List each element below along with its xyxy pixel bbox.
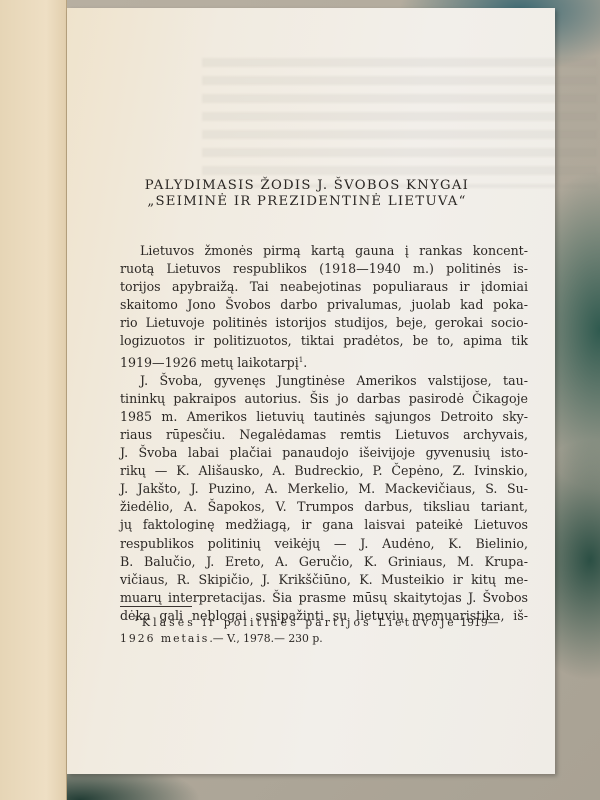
text-line: J. Jakšto, J. Puzino, A. Merkelio, M. Ma… bbox=[120, 480, 528, 498]
text-line: B. Balučio, J. Ereto, A. Geručio, K. Gri… bbox=[120, 553, 528, 571]
text-line: torijos apybraižą. Tai neabejotinas popu… bbox=[120, 278, 528, 296]
heading-line-2: „SEIMINĖ IR PREZIDENTINĖ LIETUVA“ bbox=[0, 194, 600, 210]
text-line: respublikos politinių veikėjų — J. Audėn… bbox=[120, 535, 528, 553]
footnote-divider bbox=[120, 606, 192, 607]
text-line: rikų — K. Ališausko, A. Budreckio, P. Če… bbox=[120, 462, 528, 480]
text-line: J. Švoba labai plačiai panaudojo išeivij… bbox=[120, 444, 528, 462]
text-line: žiedėlio, A. Šapokos, V. Trumpos darbus,… bbox=[120, 498, 528, 516]
text-line: rio Lietuvoje politinės istorijos studij… bbox=[120, 314, 528, 332]
text-fragment: 1919—1926 metų laikotarpį bbox=[120, 355, 299, 370]
left-page-edge bbox=[0, 0, 67, 800]
text-line: riaus rūpesčiu. Negalėdamas remtis Lietu… bbox=[120, 426, 528, 444]
text-line: 1919—1926 metų laikotarpį1. bbox=[120, 351, 528, 372]
footnote-line-2: 1926 metais.— V., 1978.— 230 p. bbox=[120, 631, 528, 647]
text-line: jų faktologinę medžiagą, ir gana laisvai… bbox=[120, 516, 528, 534]
chapter-heading: PALYDIMASIS ŽODIS J. ŠVOBOS KNYGAI „SEIM… bbox=[0, 178, 600, 210]
text-line: skaitomo Jono Švobos darbo privalumas, j… bbox=[120, 296, 528, 314]
text-line: ruotą Lietuvos respublikos (1918—1940 m.… bbox=[120, 260, 528, 278]
footnote-line-1: 1 Klasės ir politinės partijos Lietuvoje… bbox=[120, 611, 528, 631]
footnote-marker: 1 bbox=[134, 615, 138, 623]
text-line: muarų interpretacijas. Šia prasme mūsų s… bbox=[120, 589, 528, 607]
text-line: 1985 m. Amerikos lietuvių tautinės sąjun… bbox=[120, 408, 528, 426]
text-line: tininkų pakraipos autorius. Šis jo darba… bbox=[120, 390, 528, 408]
text-line: Lietuvos žmonės pirmą kartą gauna į rank… bbox=[120, 242, 528, 260]
heading-line-1: PALYDIMASIS ŽODIS J. ŠVOBOS KNYGAI bbox=[0, 178, 600, 194]
text-line: J. Švoba, gyvenęs Jungtinėse Amerikos va… bbox=[120, 372, 528, 390]
footnote: 1 Klasės ir politinės partijos Lietuvoje… bbox=[120, 611, 528, 647]
body-text: Lietuvos žmonės pirmą kartą gauna į rank… bbox=[120, 242, 528, 625]
footnote-text: .— V., 1978.— 230 p. bbox=[209, 632, 322, 645]
footnote-title: Klasės ir politinės partijos Lietuvoje bbox=[142, 616, 457, 629]
text-line: vičiaus, R. Skipičio, J. Krikščiūno, K. … bbox=[120, 571, 528, 589]
footnote-title-cont: 1926 metais bbox=[120, 632, 209, 645]
text-line: logizuotos ir politizuotos, tiktai pradė… bbox=[120, 332, 528, 350]
bleed-through-text bbox=[202, 58, 597, 188]
text-fragment: . bbox=[303, 355, 307, 370]
footnote-text: 1919— bbox=[457, 616, 499, 629]
